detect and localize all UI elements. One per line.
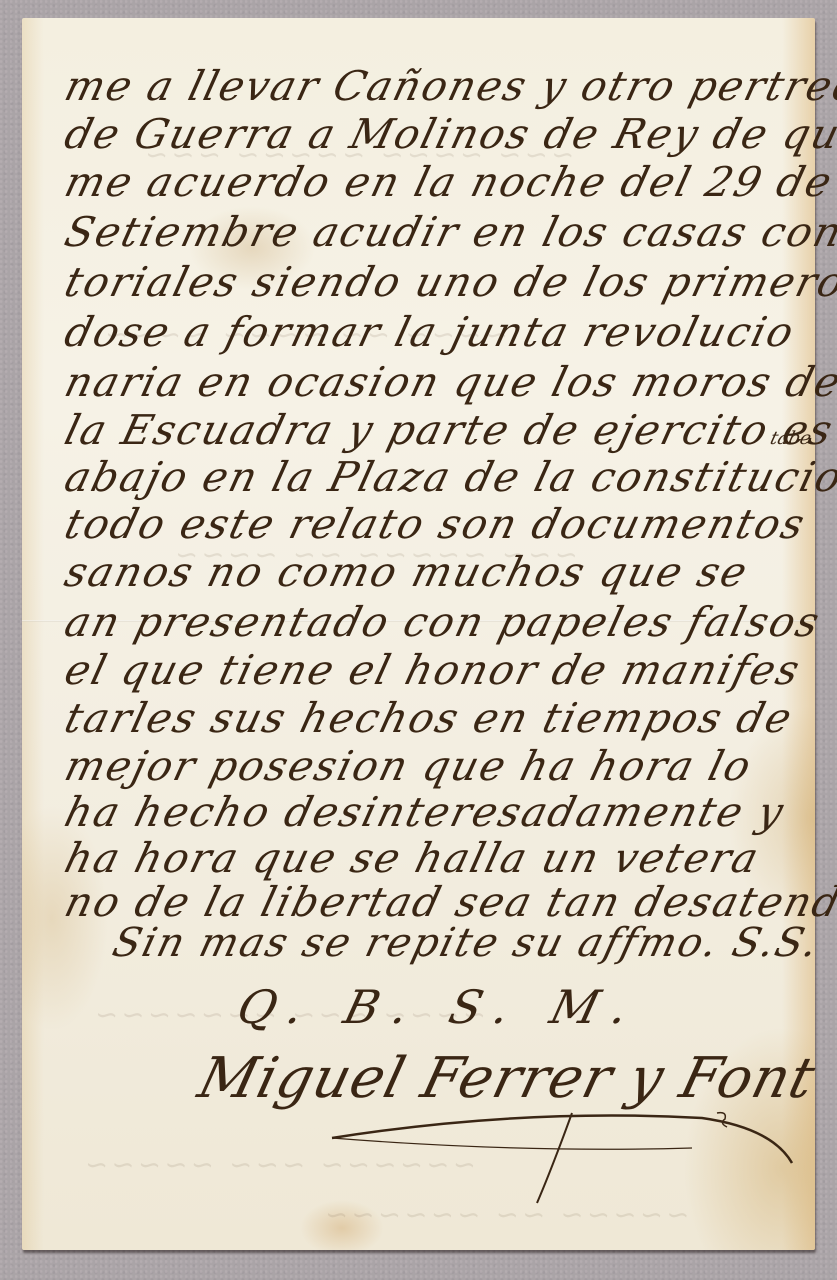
letter-line: sanos no como muchos que se	[60, 548, 754, 596]
signature-initials: Q. B. S. M.	[232, 980, 648, 1034]
letter-line: la Escuadra y parte de ejercito es	[60, 406, 837, 454]
letter-line: abajo en la Plaza de la constitucion	[60, 453, 837, 501]
letter-line: an presentado con papeles falsos	[60, 598, 826, 646]
letter-closing: Sin mas se repite su affmo. S.S.	[108, 920, 824, 966]
letter-line: me a llevar Cañones y otro pertrechos	[60, 62, 837, 110]
letter-line: me acuerdo en la noche del 29 de	[60, 158, 837, 206]
letter-line: de Guerra a Molinos de Rey de que	[60, 110, 837, 158]
signature-flourish-icon	[322, 1108, 802, 1208]
letter-line: naria en ocasion que los moros de	[60, 358, 837, 406]
letter-line: Setiembre acudir en los casas consis	[60, 208, 837, 256]
letter-line: dose a formar la junta revolucio	[60, 308, 800, 356]
margin-note: tabe	[768, 428, 813, 449]
letter-line: ha hora que se halla un vetera	[60, 834, 765, 882]
letter-line: todo este relato son documentos	[60, 500, 811, 548]
signature-name: Miguel Ferrer y Font	[192, 1046, 822, 1111]
letter-line: no de la libertad sea tan desatendido	[60, 878, 837, 926]
letter-page: ~~~ ~~~~ ~~~~~ ~~~ ~~~~ ~~ ~~~~ ~~~~ ~~~…	[22, 18, 815, 1250]
letter-line: ha hecho desinteresadamente y	[60, 788, 790, 836]
letter-line: tarles sus hechos en tiempos de	[60, 694, 798, 742]
letter-line: el que tiene el honor de manifes	[60, 646, 806, 694]
letter-line: mejor posesion que ha hora lo	[60, 742, 757, 790]
letter-line: toriales siendo uno de los primeros	[60, 258, 837, 306]
